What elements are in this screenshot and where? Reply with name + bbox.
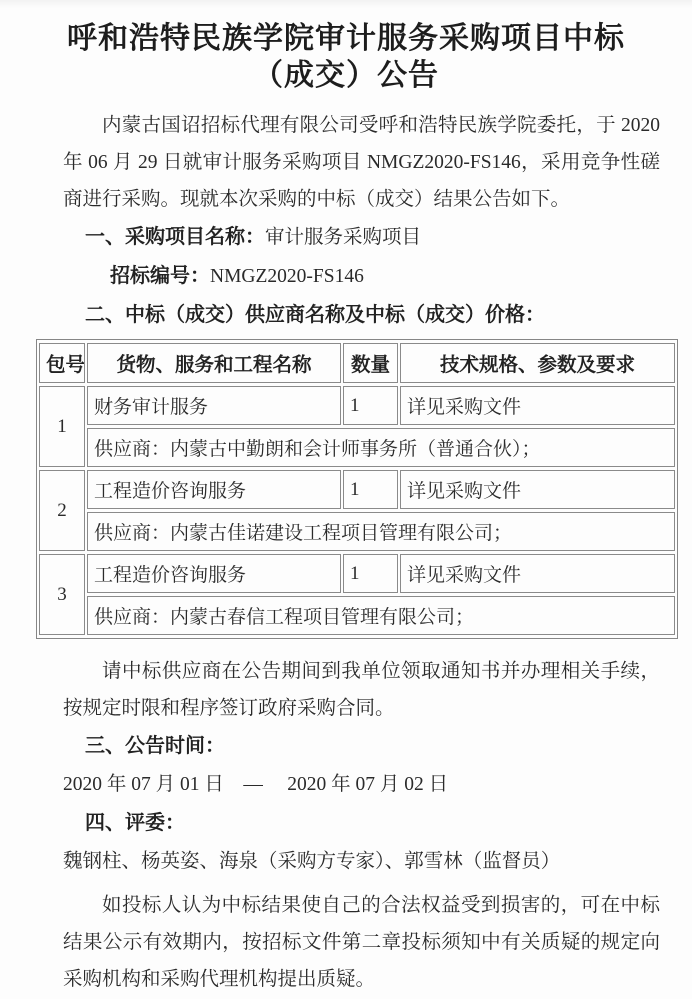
package-3-supplier: 供应商：内蒙古春信工程项目管理有限公司； (87, 596, 675, 635)
section-3-label: 三、公告时间： (85, 735, 225, 757)
header-spec: 技术规格、参数及要求 (400, 343, 675, 383)
package-1-supplier: 供应商：内蒙古中勤朗和会计师事务所（普通合伙）； (87, 428, 675, 467)
section-1-label: 一、采购项目名称： (85, 226, 265, 248)
notice-paragraph: 请中标供应商在公告期间到我单位领取通知书并办理相关手续，按规定时限和程序签订政府… (63, 653, 660, 727)
section-1-value: 审计服务采购项目 (265, 227, 421, 248)
section-3-heading: 三、公告时间： (63, 727, 660, 766)
package-3-qty: 1 (343, 554, 398, 593)
section-4-label: 四、评委： (85, 812, 185, 834)
table-row-supplier-2: 供应商：内蒙古佳诺建设工程项目管理有限公司； (39, 512, 675, 551)
section-4-heading: 四、评委： (63, 804, 660, 843)
header-item-name: 货物、服务和工程名称 (87, 343, 341, 383)
package-2-supplier: 供应商：内蒙古佳诺建设工程项目管理有限公司； (87, 512, 675, 551)
page-title-line2: （成交）公告 (0, 57, 692, 94)
table-row-package-1: 1 财务审计服务 1 详见采购文件 (39, 386, 675, 425)
judges-line: 魏钢柱、杨英姿、海泉（采购方专家）、郭雪林（监督员） (63, 843, 660, 881)
section-2-label: 二、中标（成交）供应商名称及中标（成交）价格： (85, 304, 545, 326)
scan-artifact-top (0, 0, 692, 8)
page-title-line1: 呼和浩特民族学院审计服务采购项目中标 (0, 20, 692, 57)
bid-number-label: 招标编号： (110, 265, 210, 287)
package-2-qty: 1 (343, 470, 398, 509)
section-1-heading: 一、采购项目名称：审计服务采购项目 (63, 218, 660, 257)
package-3-spec: 详见采购文件 (400, 554, 675, 593)
table-row-package-2: 2 工程造价咨询服务 1 详见采购文件 (39, 470, 675, 509)
package-2-no: 2 (39, 470, 85, 551)
header-quantity: 数量 (343, 343, 398, 383)
package-1-no: 1 (39, 386, 85, 467)
page-title: 呼和浩特民族学院审计服务采购项目中标 （成交）公告 (0, 0, 692, 94)
intro-paragraph: 内蒙古国诏招标代理有限公司受呼和浩特民族学院委托，于 2020 年 06 月 2… (63, 107, 660, 218)
award-table-header-row: 包号 货物、服务和工程名称 数量 技术规格、参数及要求 (39, 343, 675, 383)
header-package-no: 包号 (39, 343, 85, 383)
package-3-item: 工程造价咨询服务 (87, 554, 341, 593)
award-table: 包号 货物、服务和工程名称 数量 技术规格、参数及要求 1 财务审计服务 1 详… (36, 339, 678, 639)
section-2-heading: 二、中标（成交）供应商名称及中标（成交）价格： (63, 296, 660, 335)
package-2-spec: 详见采购文件 (400, 470, 675, 509)
announcement-period: 2020 年 07 月 01 日 — 2020 年 07 月 02 日 (63, 766, 660, 804)
announcement-document: 呼和浩特民族学院审计服务采购项目中标 （成交）公告 内蒙古国诏招标代理有限公司受… (0, 0, 692, 999)
table-row-supplier-1: 供应商：内蒙古中勤朗和会计师事务所（普通合伙）； (39, 428, 675, 467)
bid-number-value: NMGZ2020-FS146 (210, 266, 364, 287)
package-1-spec: 详见采购文件 (400, 386, 675, 425)
table-row-package-3: 3 工程造价咨询服务 1 详见采购文件 (39, 554, 675, 593)
package-3-no: 3 (39, 554, 85, 635)
bid-number-line: 招标编号：NMGZ2020-FS146 (63, 257, 660, 296)
package-1-qty: 1 (343, 386, 398, 425)
objection-paragraph: 如投标人认为中标结果使自己的合法权益受到损害的，可在中标结果公示有效期内，按招标… (63, 887, 660, 998)
package-1-item: 财务审计服务 (87, 386, 341, 425)
package-2-item: 工程造价咨询服务 (87, 470, 341, 509)
table-row-supplier-3: 供应商：内蒙古春信工程项目管理有限公司； (39, 596, 675, 635)
